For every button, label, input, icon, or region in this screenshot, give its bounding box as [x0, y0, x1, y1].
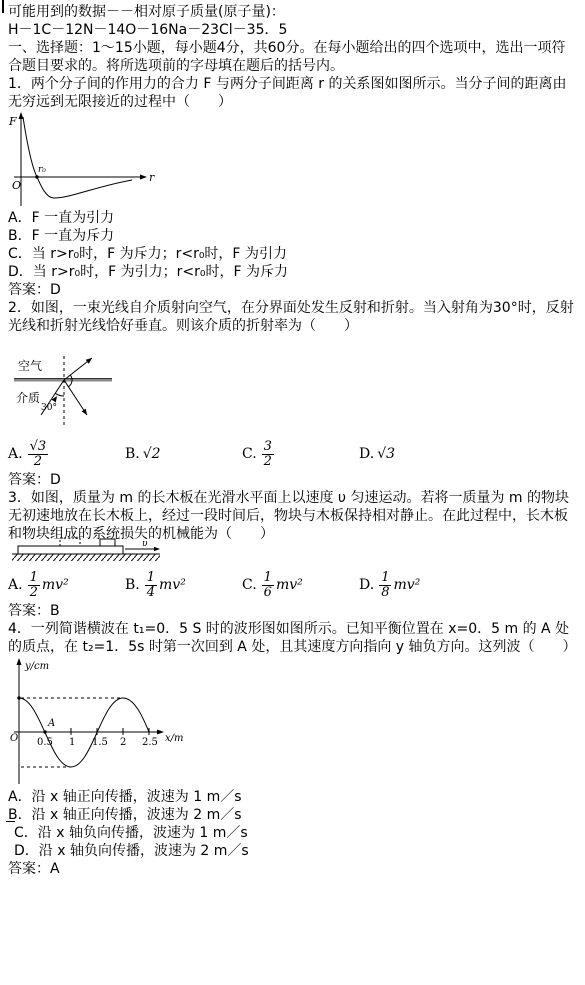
q3-option-a: A. 1 2 mv² — [8, 571, 125, 599]
q4-option-b: B．沿 x 轴正向传播，波速为 2 m／s — [8, 806, 579, 824]
y-axis-label: y/cm — [24, 661, 49, 672]
fraction-numerator: 1 — [28, 571, 40, 586]
y-axis-label: F — [8, 115, 17, 128]
fraction-denominator: 8 — [379, 586, 391, 600]
stray-mark-artifact — [6, 821, 15, 822]
radical-value: √2 — [143, 445, 161, 463]
q2-options: A. √3 2 B. √2 C. 3 2 D. √3 — [8, 437, 579, 471]
q1-option-c: C．当 r>r₀时，F 为斥力；r<r₀时，F 为引力 — [8, 245, 579, 263]
velocity-label: υ — [142, 539, 148, 549]
fraction: 3 2 — [262, 440, 274, 468]
reflected-ray — [64, 380, 87, 415]
formula-suffix: mv² — [393, 576, 420, 594]
x-axis-arrow-icon — [140, 175, 147, 180]
option-label: A. — [8, 576, 23, 594]
option-label: A. — [8, 445, 23, 463]
refracted-ray-arrow-icon — [86, 358, 92, 364]
fraction: 1 4 — [145, 571, 157, 599]
fraction: 1 2 — [28, 571, 40, 599]
q4-answer: 答案：A — [8, 860, 579, 878]
fraction-numerator: 1 — [379, 571, 391, 586]
option-label: B. — [125, 445, 140, 463]
origin-label: O — [10, 733, 18, 744]
document-content: 可能用到的数据－－相对原子质量(原子量)： H－1C－12N－14O－16Na－… — [0, 0, 585, 878]
q1-option-d: D．当 r>r₀时，F 为引力；r<r₀时，F 为斥力 — [8, 263, 579, 281]
force-curve — [23, 117, 132, 198]
tick-label-1: 1 — [69, 737, 75, 748]
section-title: 一、选择题：1～15小题，每小题4分，共60分。在每小题给出的四个选项中，选出一… — [8, 39, 579, 75]
radical-value: √3 — [377, 445, 395, 463]
q3-option-d: D. 1 8 mv² — [359, 571, 476, 599]
q3-options: A. 1 2 mv² B. 1 4 mv² C. 1 6 — [8, 568, 579, 602]
q4-stem: 4．一列简谐横波在 t₁=0．5 S 时的波形图如图所示。已知平衡位置在 x=0… — [8, 620, 579, 656]
exam-page: 可能用到的数据－－相对原子质量(原子量)： H－1C－12N－14O－16Na－… — [0, 0, 585, 985]
q1-force-distance-graph: F r O r₀ — [8, 111, 178, 209]
q1-stem: 1．两个分子间的作用力的合力 F 与两分子间距离 r 的关系图如图所示。当分子间… — [8, 75, 579, 111]
q4-option-c-text: C．沿 x 轴负向传播，波速为 1 m／s — [14, 825, 248, 841]
velocity-arrow-icon — [154, 547, 160, 551]
atomic-mass-line: H－1C－12N－14O－16Na－23Cl－35．5 — [8, 21, 579, 39]
fraction-numerator: 1 — [145, 571, 157, 586]
q4-option-a: A．沿 x 轴正向传播，波速为 1 m／s — [8, 788, 579, 806]
q2-refraction-diagram: 空气 介质 30° — [8, 353, 208, 433]
formula-suffix: mv² — [42, 576, 69, 594]
q4-option-c: C．沿 x 轴负向传播，波速为 1 m／s — [8, 824, 579, 842]
q3-option-b: B. 1 4 mv² — [125, 571, 242, 599]
option-label: D. — [359, 576, 374, 594]
q2-option-d: D. √3 — [359, 445, 476, 463]
q1-option-b: B．F 一直为斥力 — [8, 227, 579, 245]
header-data-note: 可能用到的数据－－相对原子质量(原子量)： — [8, 3, 579, 21]
fraction: √3 2 — [28, 440, 49, 468]
q4-option-d: D．沿 x 轴负向传播，波速为 2 m／s — [8, 842, 579, 860]
q2-option-c: C. 3 2 — [242, 440, 359, 468]
fraction-denominator: 4 — [145, 586, 157, 600]
q2-option-a: A. √3 2 — [8, 440, 125, 468]
fraction: 1 8 — [379, 571, 391, 599]
r0-label: r₀ — [38, 165, 46, 175]
q1-answer: 答案：D — [8, 281, 579, 299]
q2-answer: 答案：D — [8, 471, 579, 489]
fraction-numerator: √3 — [28, 440, 49, 455]
option-label: C. — [242, 445, 257, 463]
fraction-numerator: 1 — [262, 571, 274, 586]
fraction-denominator: 2 — [28, 455, 49, 469]
angle-label: 30° — [41, 403, 57, 413]
fraction-denominator: 6 — [262, 586, 274, 600]
q3-stem: 3．如图，质量为 m 的长木板在光滑水平面上以速度 υ 匀速运动。若将一质量为 … — [8, 489, 579, 543]
medium-label: 介质 — [16, 390, 40, 405]
fraction-numerator: 3 — [262, 440, 274, 455]
point-a — [43, 730, 46, 733]
plank — [18, 546, 123, 554]
option-label: D. — [359, 445, 374, 463]
ground-hatching — [12, 554, 160, 561]
x-axis-arrow-icon — [157, 730, 164, 735]
q2-stem: 2．如图，一束光线自介质射向空气，在分界面处发生反射和折射。当入射角为30°时，… — [8, 299, 579, 335]
block — [100, 539, 115, 546]
reflected-ray-arrow-icon — [82, 409, 87, 415]
q3-option-c: C. 1 6 mv² — [242, 571, 359, 599]
tick-label-0-5: 0.5 — [37, 737, 53, 748]
option-label: B. — [125, 576, 140, 594]
q1-option-a: A．F 一直为引力 — [8, 209, 579, 227]
formula-suffix: mv² — [159, 576, 186, 594]
point-a-label: A — [47, 718, 55, 729]
air-label: 空气 — [18, 358, 42, 373]
incident-angle-arc — [55, 393, 64, 396]
wave-start-point — [17, 696, 20, 699]
option-label: C. — [242, 576, 257, 594]
q2-option-b: B. √2 — [125, 445, 242, 463]
tick-label-2: 2 — [120, 737, 126, 748]
fraction: 1 6 — [262, 571, 274, 599]
q4-wave-graph: y/cm O 0.5 1 1.5 2 2.5 x/m A — [8, 656, 308, 788]
fraction-denominator: 2 — [262, 455, 274, 469]
x-axis-label: x/m — [165, 733, 184, 744]
q3-answer: 答案：B — [8, 602, 579, 620]
origin-label: O — [12, 179, 21, 192]
formula-suffix: mv² — [276, 576, 303, 594]
tick-label-2-5: 2.5 — [142, 737, 158, 748]
x-axis-label: r — [149, 171, 155, 184]
fraction-denominator: 2 — [28, 586, 40, 600]
